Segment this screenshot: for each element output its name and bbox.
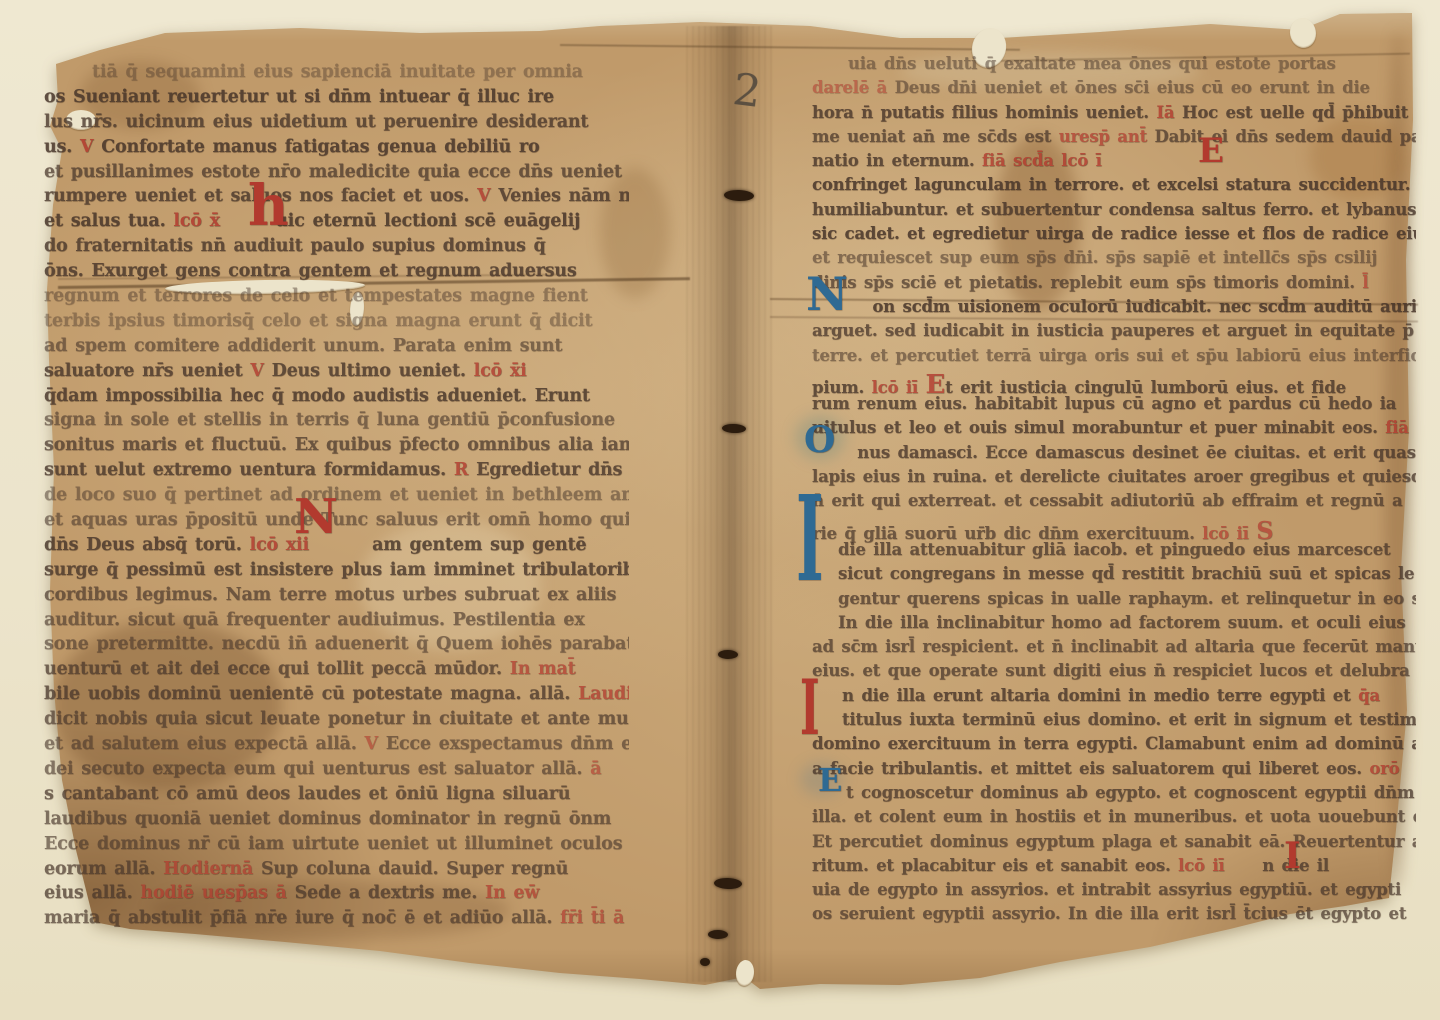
manuscript-line: natio in eternum. fiā scd̄a lcō ī	[812, 151, 1416, 175]
illuminated-initial: I	[796, 492, 824, 586]
manuscript-line: dei secuto expecta eum qui uenturus est …	[44, 759, 629, 784]
illuminated-initial: I	[800, 678, 820, 739]
text-segment: natio in eternum.	[812, 151, 982, 170]
text-segment: uia dn̄s ueluti q̄ exaltate mea ōnes qui…	[848, 54, 1336, 73]
text-segment: cordibus legimus. Nam terre motus urbes …	[44, 585, 616, 605]
manuscript-line: hora n̄ putatis filius hominis ueniet. I…	[812, 103, 1416, 127]
sewing-hole	[700, 958, 710, 966]
manuscript-line: Et percutiet dominus egyptum plaga et sa…	[812, 832, 1416, 856]
text-segment: q̄a	[1358, 686, 1380, 705]
manuscript-line: uitulus et leo et ouis simul morabuntur …	[812, 418, 1416, 442]
text-segment: on scd̄m uisionem oculorū iudicabit. nec…	[812, 297, 1416, 316]
text-segment: Dabit ei dn̄s sedem dauid patris	[1155, 127, 1416, 146]
manuscript-line: dicit nobis quia sicut leuate ponetur in…	[44, 709, 629, 734]
manuscript-line: uia de egypto in assyrios. et intrabit a…	[812, 880, 1416, 904]
text-segment: Sup coluna dauid. Super regnū	[261, 859, 568, 879]
text-segment: sone pretermitte. necdū in̄ aduenerit q̄…	[44, 634, 629, 654]
text-segment: Deus ultimo ueniet.	[272, 361, 474, 381]
manuscript-line: do fraternitatis nn̄ audiuit paulo supiu…	[44, 236, 629, 261]
text-segment: V	[250, 361, 271, 381]
manuscript-line: et pusillanimes estote nr̄o maledicite q…	[44, 162, 629, 187]
text-segment: uresp̄ ant̄	[1059, 127, 1155, 146]
manuscript-line: eorum allā. Hodiernā Sup coluna dauid. S…	[44, 859, 629, 884]
text-segment: Egredietur dn̄s	[476, 460, 622, 480]
manuscript-line: ōns. Exurget gens contra gentem et regnu…	[44, 261, 629, 286]
text-segment: os Sueniant reuertetur ut si dn̄m intuea…	[44, 87, 554, 107]
text-segment: Ecce dominus nr̄ cū iam uirtute ueniet u…	[44, 834, 622, 854]
manuscript-line: sone pretermitte. necdū in̄ aduenerit q̄…	[44, 634, 629, 659]
text-segment: uia de egypto in assyrios. et intrabit a…	[812, 880, 1401, 899]
text-segment: uitulus et leo et ouis simul morabuntur …	[812, 418, 1385, 437]
manuscript-line: me ueniat an̄ me sc̄ds est uresp̄ ant̄ D…	[812, 127, 1416, 151]
text-segment: gentur querens spicas in ualle raphaym. …	[838, 589, 1416, 608]
text-segment: hodiē uesp̄as ā	[140, 883, 294, 903]
text-segment: In die illa inclinabitur homo ad factore…	[838, 613, 1405, 632]
manuscript-line: n die illa erunt altaria domini in medio…	[812, 686, 1416, 710]
manuscript-line: darelē ā Deus dn̄i ueniet et ōnes sc̄i e…	[812, 78, 1416, 102]
manuscript-line: rumpere ueniet et saluos nos faciet et u…	[44, 186, 629, 211]
text-segment: et pusillanimes estote nr̄o maledicite q…	[44, 162, 622, 182]
text-segment: fr̄i t̄i ā	[560, 908, 624, 928]
manuscript-line: sicut congregans in messe qd̄ restitit b…	[812, 564, 1416, 588]
illuminated-initial: h	[248, 184, 289, 229]
illuminated-initial: E	[1198, 138, 1224, 165]
text-segment: us.	[44, 137, 80, 157]
text-segment: domino exercituum in terra egypti. Clama…	[812, 734, 1416, 753]
manuscript-line: saluatore nr̄s ueniet V Deus ultimo ueni…	[44, 361, 629, 386]
text-segment: In mat̄	[510, 659, 576, 679]
text-segment: In ew̄	[485, 883, 539, 903]
manuscript-line: rie q̄ gliā suorū ur̄b dic dn̄m exercitu…	[812, 516, 1416, 540]
manuscript-line: die illa attenuabitur gliā iacob. et pin…	[812, 540, 1416, 564]
text-segment: eius allā.	[44, 883, 140, 903]
manuscript-line: uenturū et ait dei ecce qui tollit peccā…	[44, 659, 629, 684]
manuscript-line: cordibus legimus. Nam terre motus urbes …	[44, 585, 629, 610]
text-segment: n̄ erit qui exterreat. et cessabit adiut…	[812, 491, 1402, 510]
text-segment: ad sc̄m isrl̄ respicient. et n̄ inclinab…	[812, 637, 1416, 656]
manuscript-line: confringet lagunculam in terrore. et exc…	[812, 175, 1416, 199]
text-segment: uenturū et ait dei ecce qui tollit peccā…	[44, 659, 510, 679]
text-segment: Venies nām noli flere	[498, 186, 629, 206]
manuscript-line: on scd̄m uisionem oculorū iudicabit. nec…	[812, 297, 1416, 321]
manuscript-line: a facie tribulantis. et mittet eis salua…	[812, 759, 1416, 783]
manuscript-line: dinis sp̄s sciē et pietatis. replebit eu…	[812, 273, 1416, 297]
manuscript-line: surge q̄ pessimū est insistere plus iam …	[44, 560, 629, 585]
text-segment: n die il	[1232, 856, 1329, 875]
text-segment: hora n̄ putatis filius hominis ueniet.	[812, 103, 1156, 122]
text-segment: do fraternitatis nn̄ audiuit paulo supiu…	[44, 236, 546, 256]
text-segment: os seruient egyptii assyrio. In die illa…	[812, 904, 1406, 923]
text-segment: me ueniat an̄ me sc̄ds est	[812, 127, 1059, 146]
right-page-text: uia dn̄s ueluti q̄ exaltate mea ōnes qui…	[812, 54, 1416, 932]
sewing-hole	[718, 650, 738, 659]
manuscript-line: signa in sole et stellis in terris q̄ lu…	[44, 410, 629, 435]
manuscript-line: Ecce dominus nr̄ cū iam uirtute ueniet u…	[44, 834, 629, 859]
illuminated-initial: E	[818, 768, 842, 794]
text-segment: lus nr̄s. uicinum eius uidetium ut perue…	[44, 112, 588, 132]
text-segment: terre. et percutiet terrā uirga oris sui…	[812, 346, 1416, 365]
text-segment: dei secuto expecta eum qui uenturus est …	[44, 759, 590, 779]
manuscript-line: os seruient egyptii assyrio. In die illa…	[812, 904, 1416, 928]
text-segment: V	[80, 137, 101, 157]
manuscript-line: q̄dam impossibilia hec q̄ modo audistis …	[44, 386, 629, 411]
text-segment: ad spem comitere addiderit unum. Parata …	[44, 336, 562, 356]
text-segment: die illa attenuabitur gliā iacob. et pin…	[838, 540, 1390, 559]
manuscript-line: bile uobis dominū uenientē cū potestate …	[44, 684, 629, 709]
sewing-hole	[708, 930, 728, 939]
manuscript-line: rum renum eius. habitabit lupus cū agno …	[812, 394, 1416, 418]
manuscript-photo: tiā q̄ sequamini eius sapienciā inuitate…	[0, 0, 1440, 1020]
manuscript-line: domino exercituum in terra egypti. Clama…	[812, 734, 1416, 758]
manuscript-line: ritum. et placabitur eis et sanabit eos.…	[812, 856, 1416, 880]
manuscript-line: ad spem comitere addiderit unum. Parata …	[44, 336, 629, 361]
text-segment: ā	[590, 759, 601, 779]
manuscript-line: et ad salutem eius expectā allā. V Ecce …	[44, 734, 629, 759]
manuscript-line: sic cadet. et egredietur uirga de radice…	[812, 224, 1416, 248]
manuscript-line: sonitus maris et fluctuū. Ex quibus p̄fe…	[44, 435, 629, 460]
text-segment: sicut congregans in messe qd̄ restitit b…	[838, 564, 1414, 583]
text-segment: bile uobis dominū uenientē cū potestate …	[44, 684, 578, 704]
illuminated-initial: I	[1284, 842, 1301, 871]
illuminated-initial: O	[804, 426, 835, 455]
text-segment: n die illa erunt altaria domini in medio…	[842, 686, 1358, 705]
text-segment: eorum allā.	[44, 859, 163, 879]
text-segment: Deus dn̄i ueniet et ōnes sc̄i eius cū eo…	[895, 78, 1370, 97]
text-segment: regnum et terrores de celo et tempestate…	[44, 286, 588, 306]
manuscript-line: sunt uelut extremo uentura formidamus. R…	[44, 460, 629, 485]
text-segment: Laudibus ā	[578, 684, 629, 704]
manuscript-line: eius. et que operate sunt digiti eius n̄…	[812, 661, 1416, 685]
text-segment: R	[454, 460, 476, 480]
text-segment: Hodiernā	[163, 859, 261, 879]
text-segment: orō	[1369, 759, 1399, 778]
text-segment: darelē ā	[812, 78, 895, 97]
manuscript-line: nus damasci. Ecce damascus desinet ēe ci…	[812, 443, 1416, 467]
manuscript-line: ad sc̄m isrl̄ respicient. et n̄ inclinab…	[812, 637, 1416, 661]
text-segment: sic cadet. et egredietur uirga de radice…	[812, 224, 1416, 243]
text-segment: a facie tribulantis. et mittet eis salua…	[812, 759, 1369, 778]
text-segment: Sede a dextris me.	[295, 883, 485, 903]
text-segment: V	[477, 186, 498, 206]
text-segment: s cantabant cō amū deos laudes et ōniū l…	[44, 784, 570, 804]
text-segment: l̄	[1362, 273, 1368, 292]
manuscript-line: maria q̄ abstulit p̄fiā nr̄e iure q̄ noc…	[44, 908, 629, 933]
text-segment: signa in sole et stellis in terris q̄ lu…	[44, 410, 615, 430]
text-segment: lcō x̄i	[474, 361, 527, 381]
text-segment: maria q̄ abstulit p̄fiā nr̄e iure q̄ noc…	[44, 908, 560, 928]
text-segment: dicit nobis quia sicut leuate ponetur in…	[44, 709, 629, 729]
text-segment: rum renum eius. habitabit lupus cū agno …	[812, 394, 1396, 413]
text-segment: eius. et que operate sunt digiti eius n̄…	[812, 661, 1410, 680]
manuscript-line: us. V Confortate manus fatigatas genua d…	[44, 137, 629, 162]
text-segment: et salus tua.	[44, 211, 173, 231]
manuscript-line: et requiescet sup eum sp̄s dn̄i. sp̄s sa…	[812, 248, 1416, 272]
manuscript-line: auditur. sicut quā frequenter audiuimus.…	[44, 610, 629, 635]
text-segment: surge q̄ pessimū est insistere plus iam …	[44, 560, 629, 580]
text-segment: titulus iuxta terminū eius domino. et er…	[842, 710, 1416, 729]
text-segment: am gentem sup gentē	[317, 535, 587, 555]
text-segment: sonitus maris et fluctuū. Ex quibus p̄fe…	[44, 435, 629, 455]
text-segment: arguet. sed iudicabit in iusticia pauper…	[812, 321, 1414, 340]
text-segment: q̄dam impossibilia hec q̄ modo audistis …	[44, 386, 590, 406]
manuscript-line: uia dn̄s ueluti q̄ exaltate mea ōnes qui…	[812, 54, 1416, 78]
text-segment: Confortate manus fatigatas genua debiliū…	[101, 137, 539, 157]
manuscript-line: eius allā. hodiē uesp̄as ā Sede a dextri…	[44, 883, 629, 908]
text-segment: dinis sp̄s sciē et pietatis. replebit eu…	[812, 273, 1362, 292]
center-fold	[686, 26, 774, 982]
manuscript-line: terre. et percutiet terrā uirga oris sui…	[812, 346, 1416, 370]
illuminated-initial: N	[806, 276, 848, 313]
text-segment: nus damasci. Ecce damascus desinet ēe ci…	[812, 443, 1416, 462]
text-segment: illa. et colent eum in hostiis et in mun…	[812, 807, 1416, 826]
manuscript-line: illa. et colent eum in hostiis et in mun…	[812, 807, 1416, 831]
manuscript-line: titulus iuxta terminū eius domino. et er…	[812, 710, 1416, 734]
text-segment: lcō x̄	[173, 211, 227, 231]
text-segment: lapis eius in ruina. et derelicte ciuita…	[812, 467, 1416, 486]
text-segment: fiā	[1385, 418, 1408, 437]
text-segment: terbis ipsius timorisq̄ celo et signa ma…	[44, 311, 592, 331]
text-segment: sunt uelut extremo uentura formidamus.	[44, 460, 454, 480]
manuscript-line: arguet. sed iudicabit in iusticia pauper…	[812, 321, 1416, 345]
text-segment: et ad salutem eius expectā allā.	[44, 734, 365, 754]
manuscript-line: n̄ erit qui exterreat. et cessabit adiut…	[812, 491, 1416, 515]
text-segment: confringet lagunculam in terrore. et exc…	[812, 175, 1416, 194]
manuscript-line: terbis ipsius timorisq̄ celo et signa ma…	[44, 311, 629, 336]
text-segment: t cognoscetur dominus ab egypto. et cogn…	[846, 783, 1414, 802]
manuscript-line: os Sueniant reuertetur ut si dn̄m intuea…	[44, 87, 629, 112]
manuscript-line: s cantabant cō amū deos laudes et ōniū l…	[44, 784, 629, 809]
manuscript-line: humiliabuntur. et subuertentur condensa …	[812, 200, 1416, 224]
text-segment: Iā	[1156, 103, 1182, 122]
manuscript-line: tiā q̄ sequamini eius sapienciā inuitate…	[44, 62, 629, 87]
text-segment: Hoc est uelle qd̄ p̄hibuit io	[1182, 103, 1416, 122]
manuscript-line: gentur querens spicas in ualle raphaym. …	[812, 589, 1416, 613]
text-segment: V	[365, 734, 386, 754]
manuscript-line: lapis eius in ruina. et derelicte ciuita…	[812, 467, 1416, 491]
manuscript-line: In die illa inclinabitur homo ad factore…	[812, 613, 1416, 637]
text-segment: dn̄s Deus absq̄ torū.	[44, 535, 250, 555]
manuscript-line: lus nr̄s. uicinum eius uidetium ut perue…	[44, 112, 629, 137]
text-segment: Ecce exspectamus dn̄m et iu	[386, 734, 629, 754]
manuscript-line: et salus tua. lcō x̄ uic eternū lectioni…	[44, 211, 629, 236]
manuscript-line: pium. lcō iī Et erit iusticia cingulū lu…	[812, 370, 1416, 394]
manuscript-line: laudibus quoniā ueniet dominus dominator…	[44, 809, 629, 834]
text-segment: humiliabuntur. et subuertentur condensa …	[812, 200, 1416, 219]
text-segment: tiā q̄ sequamini eius sapienciā inuitate…	[92, 62, 583, 82]
text-segment: Et percutiet dominus egyptum plaga et sa…	[812, 832, 1416, 851]
text-segment: fiā scd̄a lcō ī	[982, 151, 1102, 170]
illuminated-initial: N	[294, 498, 338, 536]
text-segment: ōns. Exurget gens contra gentem et regnu…	[44, 261, 576, 281]
text-segment: et requiescet sup eum sp̄s dn̄i. sp̄s sa…	[812, 248, 1377, 267]
text-segment: ritum. et placabitur eis et sanabit eos.	[812, 856, 1178, 875]
text-segment: auditur. sicut quā frequenter audiuimus.…	[44, 610, 584, 630]
text-segment: laudibus quoniā ueniet dominus dominator…	[44, 809, 611, 829]
text-segment: lcō iī	[1178, 856, 1232, 875]
text-segment: saluatore nr̄s ueniet	[44, 361, 250, 381]
manuscript-line: t cognoscetur dominus ab egypto. et cogn…	[812, 783, 1416, 807]
manuscript-line: regnum et terrores de celo et tempestate…	[44, 286, 629, 311]
